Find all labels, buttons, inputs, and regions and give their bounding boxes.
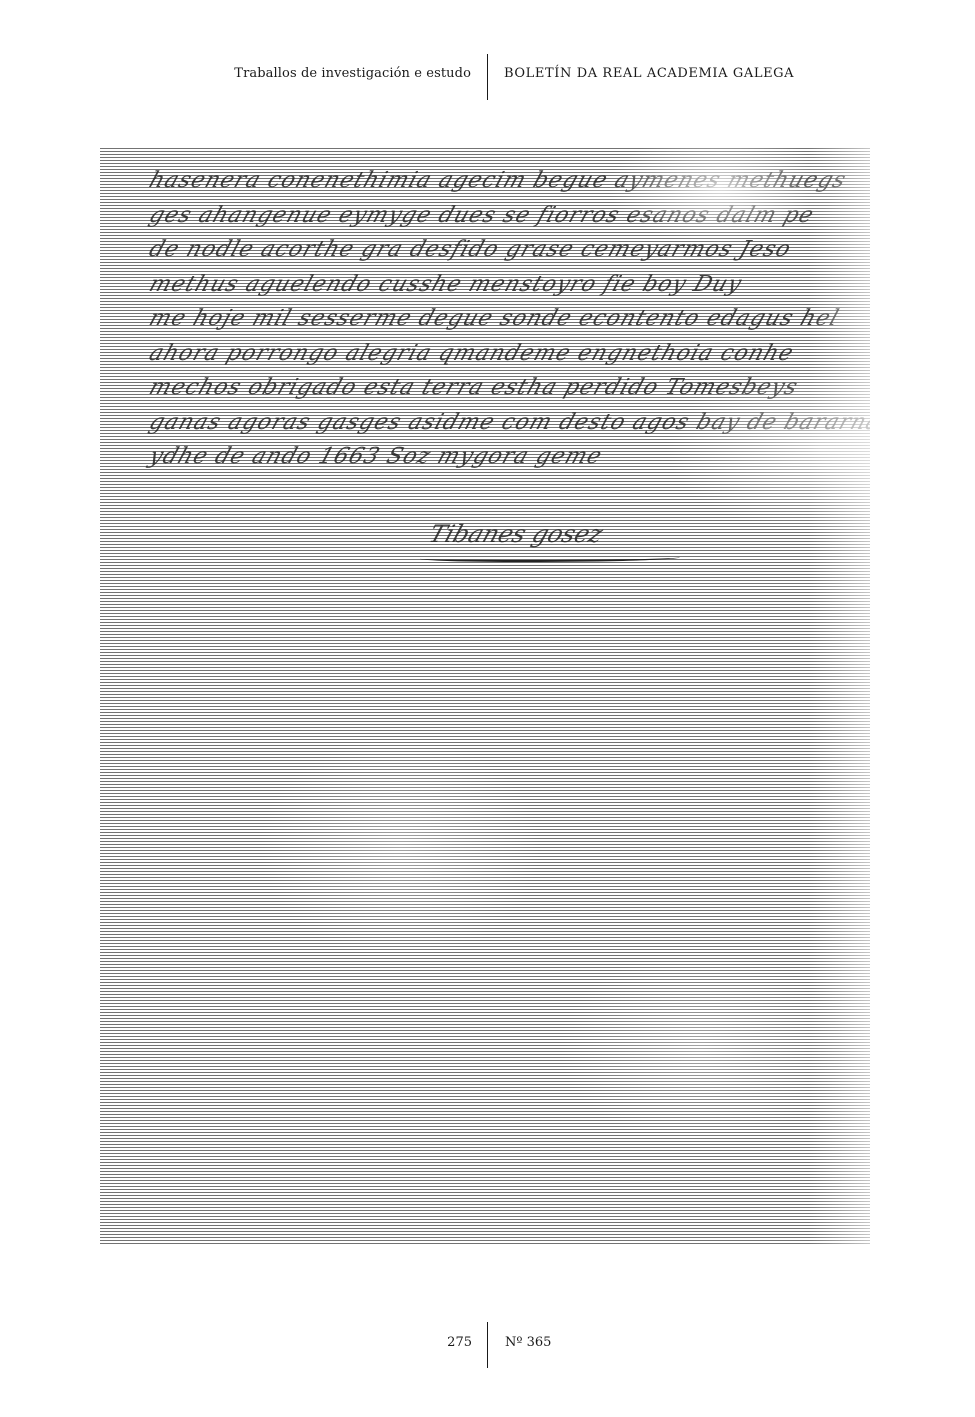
footer-divider [487, 1322, 488, 1368]
journal-title: BOLETÍN DA REAL ACADEMIA GALEGA [504, 66, 794, 81]
header-divider [487, 54, 488, 100]
issue-number: Nº 365 [505, 1335, 551, 1350]
section-title: Traballos de investigación e estudo [234, 66, 471, 81]
page-footer: 275 Nº 365 [0, 1322, 975, 1368]
scan-fade-overlay [100, 148, 870, 1246]
page-number: 275 [447, 1335, 472, 1350]
manuscript-scan-image: hasenera conenethimia agecim begue aymen… [100, 148, 870, 1246]
running-head: Traballos de investigación e estudo BOLE… [0, 54, 975, 100]
